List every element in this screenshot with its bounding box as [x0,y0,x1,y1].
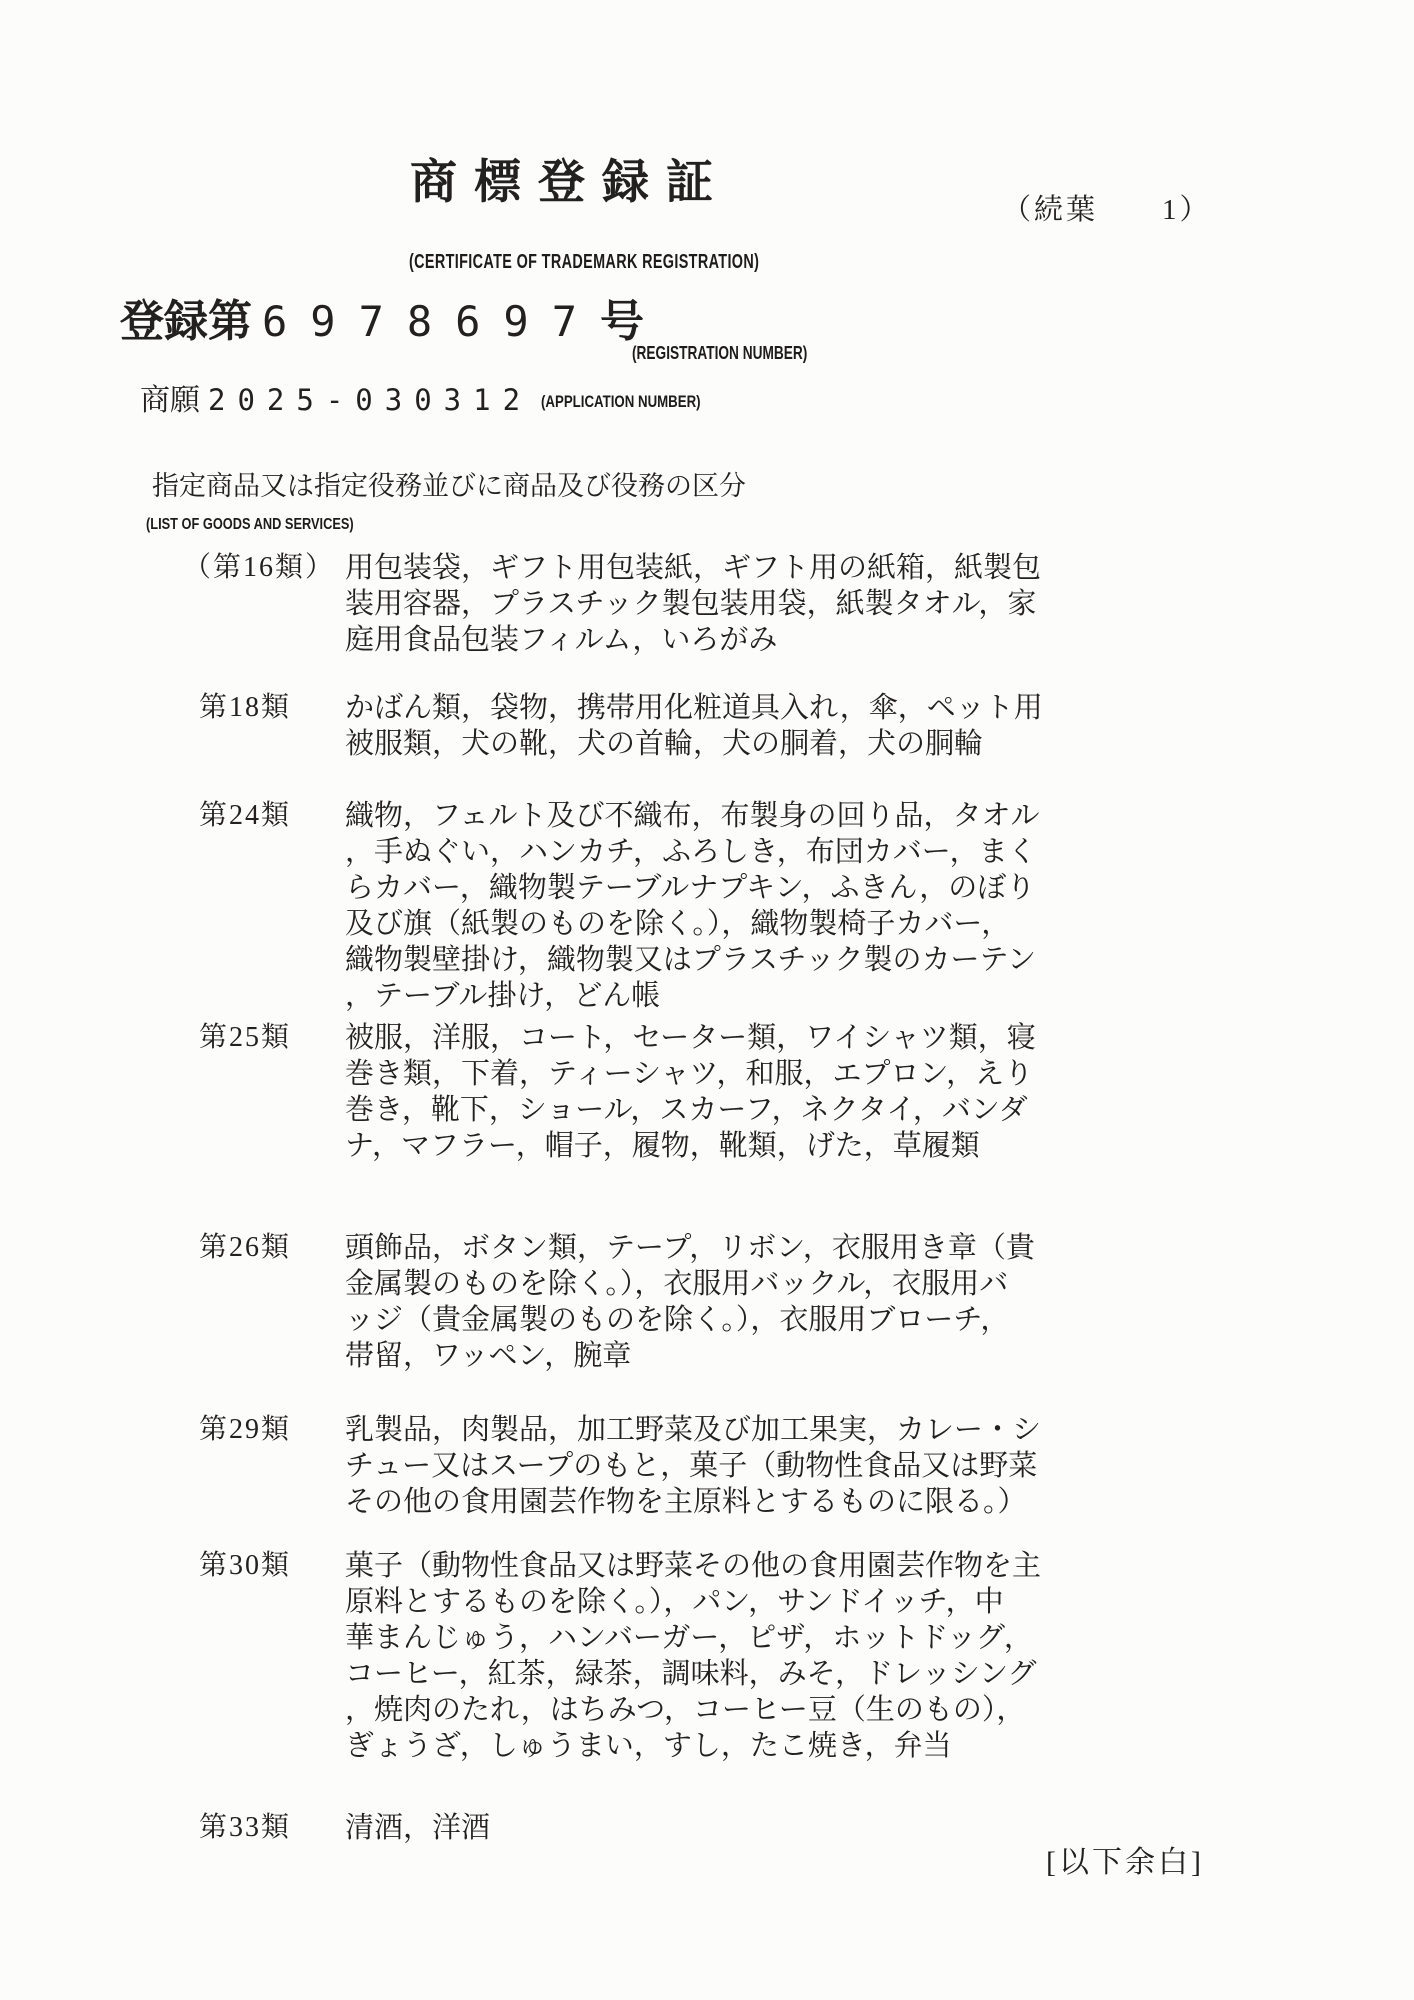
goods-services-heading: 指定商品又は指定役務並びに商品及び役務の区分 [152,473,746,500]
class-label: 第29類 [183,1412,345,1448]
registration-number-line: 登録第6978697号 [120,300,644,344]
goods-line: 及び旗（紙製のものを除く。），織物製椅子カバー， [345,906,1040,942]
class-label: 第30類 [183,1548,345,1584]
goods-lines: 菓子（動物性食品又は野菜その他の食用園芸作物を主原料とするものを除く。），パン，… [345,1548,1041,1764]
goods-line: 装用容器，プラスチック製包装用袋，紙製タオル，家 [345,586,1041,622]
goods-line: 帯留，ワッペン，腕章 [345,1338,1035,1374]
goods-line: チュー又はスープのもと，菓子（動物性食品又は野菜 [345,1448,1041,1484]
goods-line: 頭飾品，ボタン類，テープ，リボン，衣服用き章（貴 [345,1230,1035,1266]
goods-line: かばん類，袋物，携帯用化粧道具入れ，傘，ペット用 [345,690,1043,726]
goods-line: 原料とするものを除く。），パン，サンドイッチ，中 [345,1584,1041,1620]
certificate-title-english: (CERTIFICATE OF TRADEMARK REGISTRATION) [409,252,759,272]
application-number-label-english: (APPLICATION NUMBER) [541,393,701,410]
class-row: 第25類被服，洋服，コート，セーター類，ワイシャツ類，寝巻き類，下着，ティーシャ… [183,1020,1036,1164]
goods-line: その他の食用園芸作物を主原料とするものに限る。） [345,1484,1041,1520]
class-label: 第25類 [183,1020,345,1056]
goods-line: コーヒー，紅茶，緑茶，調味料，みそ，ドレッシング [345,1656,1041,1692]
goods-lines: 織物，フェルト及び不織布，布製身の回り品，タオル，手ぬぐい，ハンカチ，ふろしき，… [345,798,1040,1014]
class-label: 第26類 [183,1230,345,1266]
goods-line: 織物，フェルト及び不織布，布製身の回り品，タオル [345,798,1040,834]
class-label: （第16類） [183,550,345,586]
registration-number-suffix: 号 [600,297,644,346]
goods-lines: 被服，洋服，コート，セーター類，ワイシャツ類，寝巻き類，下着，ティーシャツ，和服… [345,1020,1036,1164]
goods-line: 庭用食品包装フィルム，いろがみ [345,622,1041,658]
goods-line: 金属製のものを除く。），衣服用バックル，衣服用バ [345,1266,1035,1302]
goods-line: ぎょうざ，しゅうまい，すし，たこ焼き，弁当 [345,1728,1041,1764]
goods-line: 織物製壁掛け，織物製又はプラスチック製のカーテン [345,942,1040,978]
class-row: 第29類乳製品，肉製品，加工野菜及び加工果実，カレー・シチュー又はスープのもと，… [183,1412,1041,1520]
continuation-sheet-note: （続葉 1） [1002,196,1212,225]
class-row: （第16類）用包装袋，ギフト用包装紙，ギフト用の紙箱，紙製包装用容器，プラスチッ… [183,550,1041,658]
application-number-prefix: 商願 [140,384,200,417]
goods-line: 菓子（動物性食品又は野菜その他の食用園芸作物を主 [345,1548,1041,1584]
goods-line: 被服類，犬の靴，犬の首輪，犬の胴着，犬の胴輪 [345,726,1043,762]
goods-line: 巻き，靴下，ショール，スカーフ，ネクタイ，バンダ [345,1092,1036,1128]
registration-number-label-english: (REGISTRATION NUMBER) [632,344,807,362]
class-label: 第33類 [183,1810,345,1846]
application-number-line: 商願2025-030312 [140,386,532,416]
end-of-list-note: [以下余白] [1046,1848,1204,1878]
registration-number-prefix: 登録第 [120,297,252,346]
goods-services-heading-english: (LIST OF GOODS AND SERVICES) [146,517,354,533]
goods-line: 清酒，洋酒 [345,1810,490,1846]
class-row: 第33類清酒，洋酒 [183,1810,490,1846]
certificate-title: 商標登録証 [410,160,730,207]
goods-lines: 乳製品，肉製品，加工野菜及び加工果実，カレー・シチュー又はスープのもと，菓子（動… [345,1412,1041,1520]
registration-number-value: 6978697 [262,297,600,346]
goods-lines: 頭飾品，ボタン類，テープ，リボン，衣服用き章（貴金属製のものを除く。），衣服用バ… [345,1230,1035,1374]
goods-line: ッジ（貴金属製のものを除く。），衣服用ブローチ， [345,1302,1035,1338]
goods-line: ，焼肉のたれ，はちみつ，コーヒー豆（生のもの）， [345,1692,1041,1728]
goods-line: ナ，マフラー，帽子，履物，靴類，げた，草履類 [345,1128,1036,1164]
goods-line: らカバー，織物製テーブルナプキン，ふきん，のぼり [345,870,1040,906]
class-row: 第30類菓子（動物性食品又は野菜その他の食用園芸作物を主原料とするものを除く。）… [183,1548,1041,1764]
class-row: 第26類頭飾品，ボタン類，テープ，リボン，衣服用き章（貴金属製のものを除く。），… [183,1230,1035,1374]
goods-line: 被服，洋服，コート，セーター類，ワイシャツ類，寝 [345,1020,1036,1056]
goods-line: 用包装袋，ギフト用包装紙，ギフト用の紙箱，紙製包 [345,550,1041,586]
certificate-page: 商標登録証 （続葉 1） (CERTIFICATE OF TRADEMARK R… [0,0,1414,2000]
class-label: 第18類 [183,690,345,726]
goods-line: 巻き類，下着，ティーシャツ，和服，エプロン，えり [345,1056,1036,1092]
goods-lines: 清酒，洋酒 [345,1810,490,1846]
goods-lines: かばん類，袋物，携帯用化粧道具入れ，傘，ペット用被服類，犬の靴，犬の首輪，犬の胴… [345,690,1043,762]
class-row: 第18類かばん類，袋物，携帯用化粧道具入れ，傘，ペット用被服類，犬の靴，犬の首輪… [183,690,1043,762]
goods-line: ，テーブル掛け，どん帳 [345,978,1040,1014]
goods-line: ，手ぬぐい，ハンカチ，ふろしき，布団カバー，まく [345,834,1040,870]
goods-line: 華まんじゅう，ハンバーガー，ピザ，ホットドッグ， [345,1620,1041,1656]
application-number-value: 2025-030312 [208,383,532,417]
goods-lines: 用包装袋，ギフト用包装紙，ギフト用の紙箱，紙製包装用容器，プラスチック製包装用袋… [345,550,1041,658]
class-row: 第24類織物，フェルト及び不織布，布製身の回り品，タオル，手ぬぐい，ハンカチ，ふ… [183,798,1040,1014]
goods-line: 乳製品，肉製品，加工野菜及び加工果実，カレー・シ [345,1412,1041,1448]
class-label: 第24類 [183,798,345,834]
